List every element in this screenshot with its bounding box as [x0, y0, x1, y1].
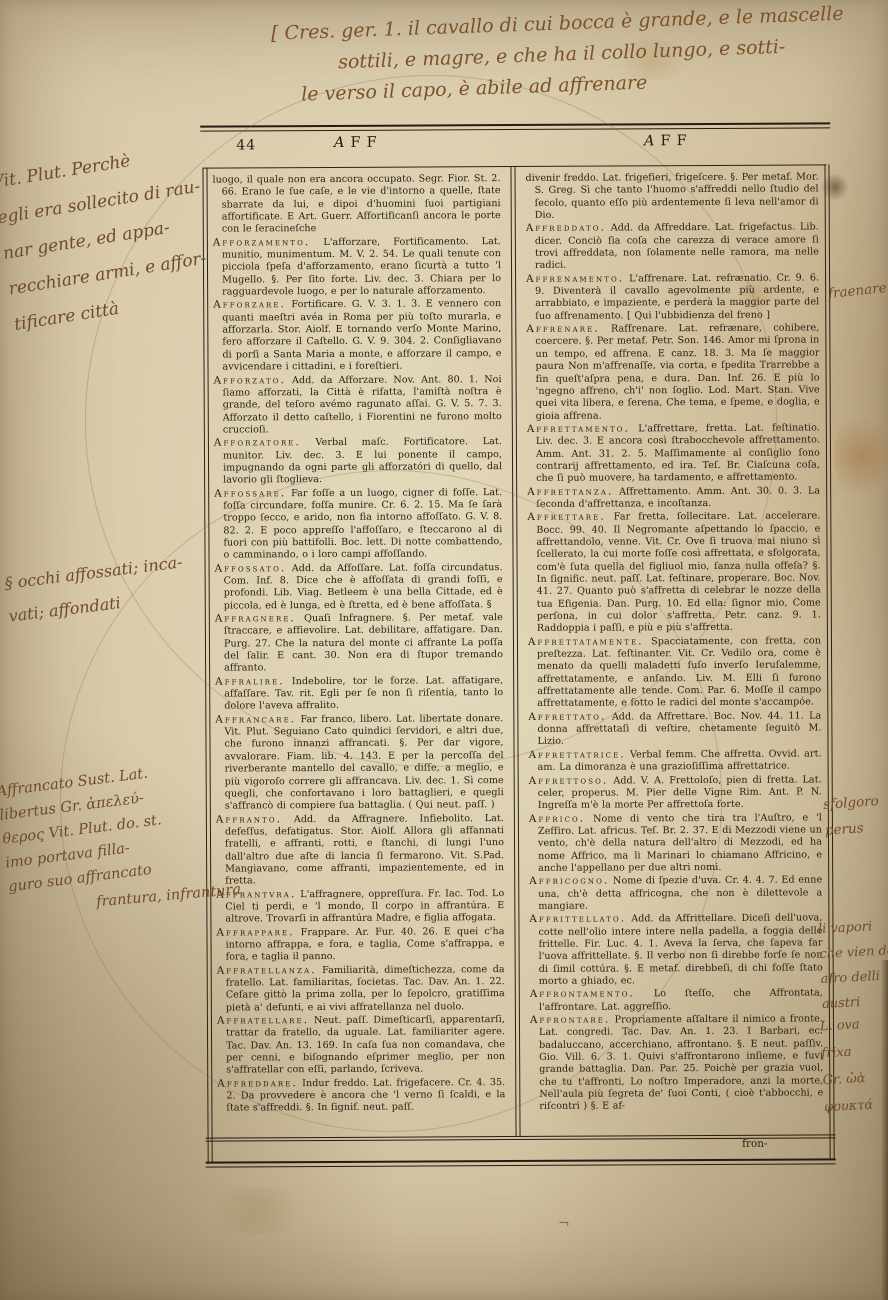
pencil-mark-bottom: ¬: [558, 1216, 570, 1232]
entry-headword: Affralire.: [215, 675, 285, 687]
entry-headword: Afforzamento.: [213, 236, 311, 249]
entry-affrettare: Affrettare. Far fretta, ſollecitare. Lat…: [527, 510, 821, 636]
top-outer-rule: [200, 122, 830, 131]
entry-affricogno: Affricogno. Nome di ſpezie d'uva. Cr. 4.…: [529, 874, 822, 914]
entry-affreddare: Affreddare. Indur freddo. Lat. frigeface…: [217, 1076, 505, 1116]
entry-headword: Affrettatamente.: [528, 635, 644, 648]
entry-afforzamento: Afforzamento. L'afforzare, Fortificament…: [213, 235, 501, 299]
entry-headword: Affrittellato.: [529, 913, 626, 926]
handwriting-line: fraenare: [827, 280, 887, 302]
handwriting-line: guro suo affrancato: [7, 856, 169, 899]
entry-headword: Affrappare.: [216, 926, 294, 938]
handwriting-line: egli era sollecito di rau-: [0, 169, 203, 237]
handwriting-line: sottili, e magre, e che ha il collo lung…: [338, 28, 883, 78]
page-edge-shadow: [881, 960, 888, 1300]
entry-afforzato: Afforzato. Add. da Afforzare. Nov. Ant. …: [214, 373, 502, 437]
entry-headword: Affranto.: [216, 813, 282, 825]
entry-headword: Affrontare.: [530, 1014, 610, 1026]
entry-affrenare: Affrenare. Raffrenare. Lat. refrænare, c…: [526, 322, 820, 423]
entry-affrancare: Affrancare. Far franco, libero. Lat. lib…: [215, 712, 504, 813]
running-header-left: AFF: [258, 134, 458, 151]
entry-affossare: Affossare. Far foſſe a un luogo, cigner …: [214, 486, 502, 563]
entry-continuation: luogo, il quale non era ancora occupato.…: [213, 172, 501, 236]
entry-affrontare: Affrontare. Propriamente aſſaltare il ni…: [530, 1012, 824, 1113]
entry-headword: Affrettato.: [528, 710, 606, 722]
handwriting-line: [ Cres. ger. 1. il cavallo di cui bocca …: [271, 0, 882, 50]
entry-headword: Affreddato.: [526, 222, 606, 234]
entry-headword: Affreddare.: [217, 1077, 298, 1089]
entry-headword: Affrettanza.: [527, 485, 613, 497]
scanned-book-page: [ Cres. ger. 1. il cavallo di cui bocca …: [0, 0, 888, 1300]
entry-headword: Affossare.: [214, 487, 286, 499]
entry-afforzare: Afforzare. Fortificare. G. V. 3. 1. 3. E…: [213, 298, 501, 375]
entry-headword: Affrenare.: [526, 323, 599, 335]
entry-affrenamento: Affrenamento. L'affrenare. Lat. refrænat…: [526, 271, 819, 323]
entry-headword: Afforzatore.: [214, 436, 301, 448]
entry-affrappare: Affrappare. Frappare. Ar. Fur. 40. 26. E…: [216, 925, 504, 965]
printed-text-block: 44 AFF AFF luogo, il quale non era ancor…: [200, 118, 836, 1177]
entry-headword: Afforzare.: [213, 299, 286, 311]
catchword: fron-: [742, 1138, 768, 1150]
handwritten-note-left-middle: § occhi affossati; inca- vati; affondati: [3, 545, 189, 632]
running-header-right: AFF: [568, 133, 768, 150]
entry-body: divenir freddo. Lat. frigefieri, frigeſc…: [526, 171, 819, 221]
page-number: 44: [236, 137, 256, 153]
entry-headword: Affrettatrice.: [529, 748, 626, 761]
handwriting-line: § occhi affossati; inca-: [3, 545, 185, 600]
entry-headword: Affratellare.: [217, 1014, 309, 1026]
entry-headword: Affrontamento.: [530, 988, 635, 1001]
entry-headword: Affrico.: [529, 812, 585, 824]
entry-headword: Affrettamento.: [527, 422, 630, 435]
entry-headword: Affratellanza.: [217, 964, 317, 977]
handwriting-line: nar gente, ed appa-: [0, 204, 208, 272]
entry-affrettatrice: Affrettatrice. Verbal femm. Che affretta…: [529, 747, 822, 774]
handwriting-line: le verso il capo, è abile ad affrenare: [301, 59, 884, 110]
entry-body: Far fretta, ſollecitare. Lat. accelerare…: [536, 511, 821, 635]
entry-affrettoso: Affrettoso. Add. V. A. Frettoloſo, pien …: [529, 773, 822, 813]
handwriting-line: Affrancato Sust. Lat.: [0, 761, 157, 804]
entry-affrettanza: Affrettanza. Affrettamento. Amm. Ant. 30…: [527, 484, 820, 511]
entry-headword: Affossato.: [215, 562, 287, 574]
handwriting-line: Vit. Plut. Perchè: [0, 133, 197, 201]
left-column: luogo, il quale non era ancora occupato.…: [213, 172, 506, 1135]
handwriting-line: vati; affondati: [7, 578, 189, 633]
fox-stain: [608, 40, 698, 80]
entry-affralire: Affralire. Indebolire, tor le forze. Lat…: [215, 674, 503, 714]
bottom-outer-rule: [206, 1158, 836, 1167]
fox-stain: [834, 408, 888, 504]
handwritten-note-left-top: Vit. Plut. Perchè egli era sollecito di …: [0, 133, 220, 343]
entry-headword: Affrettare.: [527, 511, 605, 523]
entry-body: Propriamente aſſaltare il nimico a front…: [539, 1013, 823, 1112]
entry-headword: Afforzato.: [214, 374, 286, 386]
handwritten-note-top: [ Cres. ger. 1. il cavallo di cui bocca …: [271, 0, 884, 112]
entry-headword: Affragnere.: [215, 612, 296, 624]
entry-headword: Affricogno.: [529, 875, 609, 887]
entry-affrantura: Affrantvra. L'affragnere, oppreſſura. Fr…: [216, 887, 504, 927]
entry-affrico: Affrico. Nome di vento che tira tra l'Au…: [529, 811, 822, 875]
right-column: divenir freddo. Lat. frigefieri, frigeſc…: [526, 170, 824, 1134]
frame-left-rule: [202, 168, 212, 1164]
entry-affrontamento: Affrontamento. Lo ſteſſo, che Affrontata…: [530, 987, 823, 1014]
entry-headword: Affrancare.: [215, 713, 296, 725]
entry-body: luogo, il quale non era ancora occupato.…: [213, 173, 501, 235]
column-divider-rule: [510, 166, 520, 1136]
handwritten-note-left-bottom: Affrancato Sust. Lat. libertus Gr. ἀπελε…: [0, 761, 169, 900]
entry-affossato: Affossato. Add. da Affoſſare. Lat. foſſa…: [215, 561, 503, 613]
entry-affragnere: Affragnere. Quaſi Infragnere. §. Per met…: [215, 611, 503, 675]
entry-affranto: Affranto. Add. da Affragnere. Infiebolit…: [216, 812, 504, 889]
entry-continuation: divenir freddo. Lat. frigefieri, frigeſc…: [526, 170, 819, 222]
entry-headword: Affrenamento.: [526, 272, 624, 285]
entry-affreddato: Affreddato. Add. da Affreddare. Lat. fri…: [526, 221, 819, 273]
entry-headword: Affrantvra.: [216, 888, 296, 900]
entry-affrettatamente: Affrettatamente. Spacciatamente, con fre…: [528, 634, 821, 711]
entry-afforzatore: Afforzatore. Verbal maſc. Fortificatore.…: [214, 435, 502, 487]
handwriting-line: imo portava filla-: [4, 832, 166, 875]
entry-body: Raffrenare. Lat. refrænare, cohibere, co…: [535, 323, 819, 422]
handwritten-note-right-1: fraenare: [827, 280, 887, 302]
entry-headword: Affrettoso.: [529, 774, 609, 786]
fox-stain: [196, 1188, 316, 1234]
frame-right-rule: [824, 164, 834, 1160]
handwriting-line: recchiare armi, e affor-: [6, 240, 214, 308]
entry-affrettato: Affrettato. Add. da Affrettare. Boc. Nov…: [528, 709, 821, 749]
handwriting-line: θερος Vit. Plut. do. st.: [1, 808, 163, 851]
handwriting-line: libertus Gr. ἀπελεύ-: [0, 785, 160, 828]
entry-affratellare: Affratellare. Neut. paſſ. Dimeſticarſi, …: [217, 1013, 505, 1077]
entry-body: Far franco, libero. Lat. libertate donar…: [224, 713, 503, 812]
entry-affrittellato: Affrittellato. Add. da Affrittellare. Di…: [529, 912, 822, 989]
entry-affrettamento: Affrettamento. L'affrettare, fretta. Lat…: [527, 421, 820, 485]
handwriting-line: tificare città: [12, 275, 220, 343]
entry-affratellanza: Affratellanza. Familiarità, dimeſtichezz…: [217, 963, 505, 1015]
